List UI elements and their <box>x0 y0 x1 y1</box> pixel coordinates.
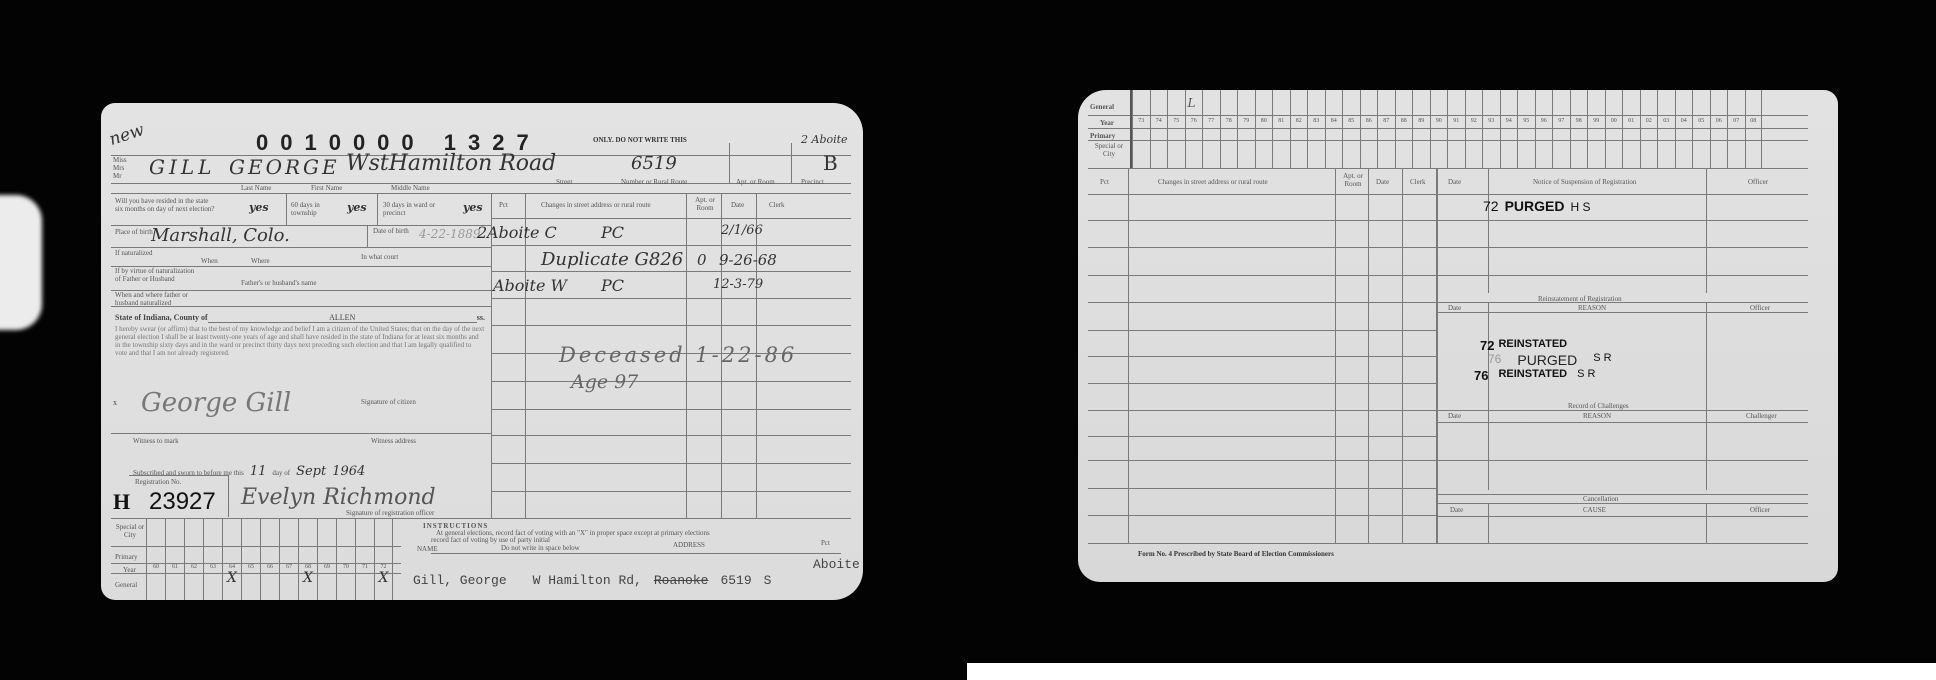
oath-block: State of Indiana, County of ALLEN ss. I … <box>115 313 485 357</box>
registration-number: 23927 <box>149 488 216 516</box>
precinct-note: 2 Aboite <box>801 133 848 146</box>
change-row-2: Duplicate G826 <box>541 249 683 270</box>
registration-box: Registration No. 23927 <box>129 475 229 517</box>
house-number-value: 6519 <box>631 153 677 174</box>
oath-text: I hereby swear (or affirm) that to the b… <box>115 325 485 357</box>
precinct-value: B <box>823 151 838 175</box>
street-value: WstHamilton Road <box>346 151 556 176</box>
change-row-3: Aboite W <box>493 276 567 295</box>
birthplace-value: Marshall, Colo. <box>151 225 290 246</box>
reinstatement-stamp-2: 76 REINSTATED S R <box>1474 368 1595 383</box>
registration-prefix: H <box>113 489 130 515</box>
county-value: ALLEN <box>208 313 477 323</box>
form-footer: Form No. 4 Prescribed by State Board of … <box>1138 550 1334 558</box>
back-voting-grid: 73 74 75 L76 77 78 79 80 81 82 83 84 85 … <box>1132 90 1762 168</box>
purged-stamp-2: 76 PURGED S R <box>1488 352 1612 368</box>
suspension-stamp: 72 PURGED H S <box>1483 198 1591 214</box>
voter-registration-card-front: new 0010000 1327 ONLY. DO NOT WRITE THIS… <box>101 103 863 600</box>
margin-note: new <box>107 120 147 150</box>
header-instruction: ONLY. DO NOT WRITE THIS <box>593 136 687 144</box>
document-viewer: new 0010000 1327 ONLY. DO NOT WRITE THIS… <box>0 0 1936 680</box>
officer-signature: Evelyn Richmond <box>241 485 436 510</box>
voter-registration-card-back: General Year Primary Special or City 73 … <box>1078 90 1838 582</box>
last-name-value: GILL <box>149 155 215 179</box>
typed-name-address: Gill, George W Hamilton Rd, Roanoke 6519… <box>413 573 771 588</box>
deceased-note: Deceased 1-22-86 <box>559 343 797 367</box>
age-note: Age 97 <box>571 371 638 393</box>
ward-residency-value: yes <box>463 201 483 214</box>
title-labels: Miss Mrs Mr <box>113 156 127 180</box>
typed-township: Aboite <box>813 557 860 572</box>
front-voting-grid: 60 61 62 63 64X 65 66 67 68X 69 70 71 72… <box>146 518 393 600</box>
first-name-value: GEORGE <box>229 155 340 179</box>
state-residency-value: yes <box>249 201 269 214</box>
adjacent-card-edge <box>0 195 42 330</box>
viewer-bottom-strip <box>967 663 1936 680</box>
birthdate-value: 4-22-1889 <box>419 227 481 241</box>
township-residency-value: yes <box>347 201 367 214</box>
reinstatement-stamp-1: 72 REINSTATED <box>1480 338 1567 353</box>
citizen-signature: George Gill <box>141 388 291 418</box>
change-row-1: Aboite C <box>487 223 557 242</box>
